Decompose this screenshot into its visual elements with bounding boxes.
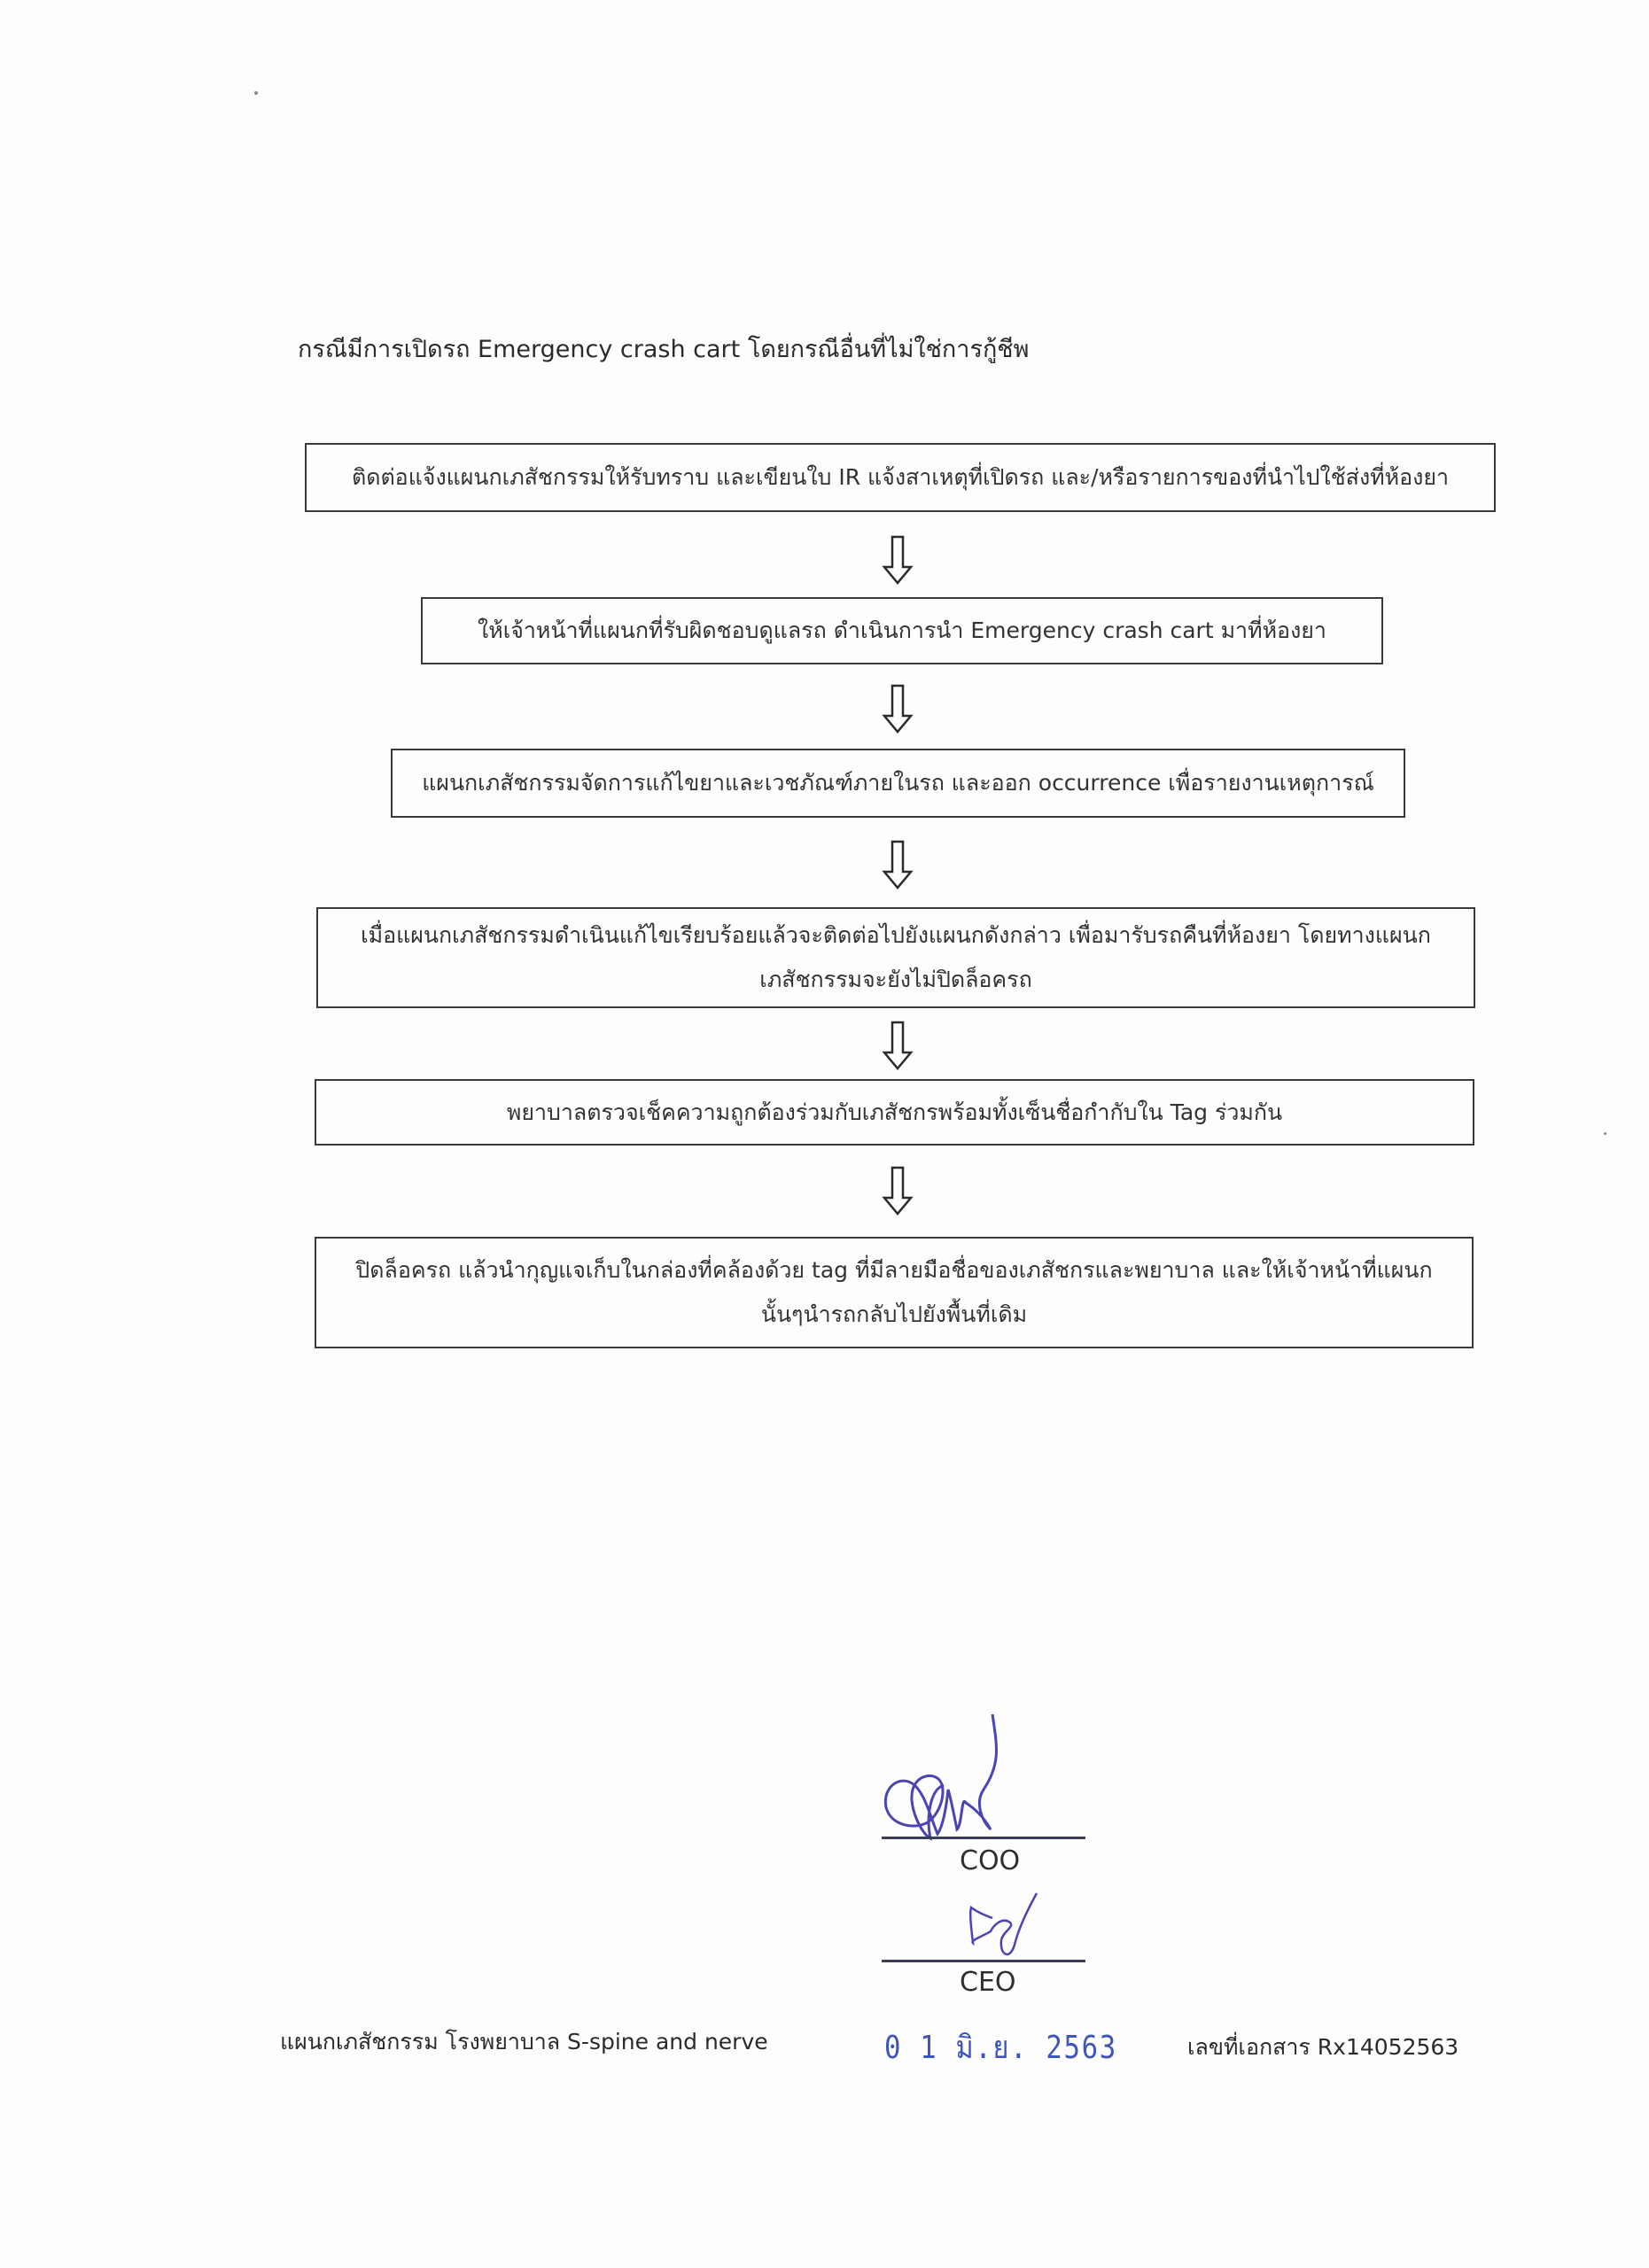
- date-stamp: 0 1 มิ.ย. 2563: [884, 2022, 1117, 2072]
- down-arrow-icon: [882, 535, 914, 585]
- flow-step-text: ปิดล็อครถ แล้วนำกุญแจเก็บในกล่องที่คล้อง…: [355, 1248, 1432, 1293]
- flow-step-box: พยาบาลตรวจเช็คความถูกต้องร่วมกับเภสัชกรพ…: [315, 1079, 1474, 1146]
- flow-step-text: ติดต่อแจ้งแผนกเภสัชกรรมให้รับทราบ และเขี…: [352, 455, 1449, 500]
- coo-signature-line: [882, 1837, 1085, 1839]
- department-name: แผนกเภสัชกรรม โรงพยาบาล S-spine and nerv…: [280, 2024, 768, 2060]
- flow-step-box: แผนกเภสัชกรรมจัดการแก้ไขยาและเวชภัณฑ์ภาย…: [391, 749, 1405, 818]
- flow-step-box: ให้เจ้าหน้าที่แผนกที่รับผิดชอบดูแลรถ ดำเ…: [421, 597, 1383, 664]
- flow-step-text: เภสัชกรรมจะยังไม่ปิดล็อครถ: [759, 958, 1031, 1002]
- flow-step-text: เมื่อแผนกเภสัชกรรมดำเนินแก้ไขเรียบร้อยแล…: [361, 913, 1431, 958]
- down-arrow-icon: [882, 1166, 914, 1216]
- flow-step-text: ให้เจ้าหน้าที่แผนกที่รับผิดชอบดูแลรถ ดำเ…: [478, 609, 1326, 653]
- coo-label: COO: [960, 1845, 1020, 1876]
- scan-speck: [1604, 1132, 1606, 1135]
- ceo-signature-icon: [966, 1891, 1054, 1962]
- ceo-signature-line: [882, 1960, 1085, 1962]
- coo-signature-icon: [877, 1710, 1037, 1843]
- ceo-label: CEO: [960, 1967, 1016, 1998]
- flow-step-box: ปิดล็อครถ แล้วนำกุญแจเก็บในกล่องที่คล้อง…: [315, 1237, 1474, 1348]
- flow-step-box: เมื่อแผนกเภสัชกรรมดำเนินแก้ไขเรียบร้อยแล…: [316, 907, 1475, 1008]
- document-number: เลขที่เอกสาร Rx14052563: [1187, 2030, 1458, 2065]
- flow-step-text: แผนกเภสัชกรรมจัดการแก้ไขยาและเวชภัณฑ์ภาย…: [422, 761, 1374, 805]
- down-arrow-icon: [882, 684, 914, 734]
- flow-step-text: พยาบาลตรวจเช็คความถูกต้องร่วมกับเภสัชกรพ…: [507, 1091, 1282, 1135]
- down-arrow-icon: [882, 840, 914, 889]
- flow-step-box: ติดต่อแจ้งแผนกเภสัชกรรมให้รับทราบ และเขี…: [305, 443, 1496, 512]
- flow-step-text: นั้นๆนำรถกลับไปยังพื้นที่เดิม: [761, 1293, 1027, 1337]
- down-arrow-icon: [882, 1021, 914, 1070]
- document-title: กรณีมีการเปิดรถ Emergency crash cart โดย…: [298, 330, 1029, 368]
- scan-speck: [254, 91, 258, 95]
